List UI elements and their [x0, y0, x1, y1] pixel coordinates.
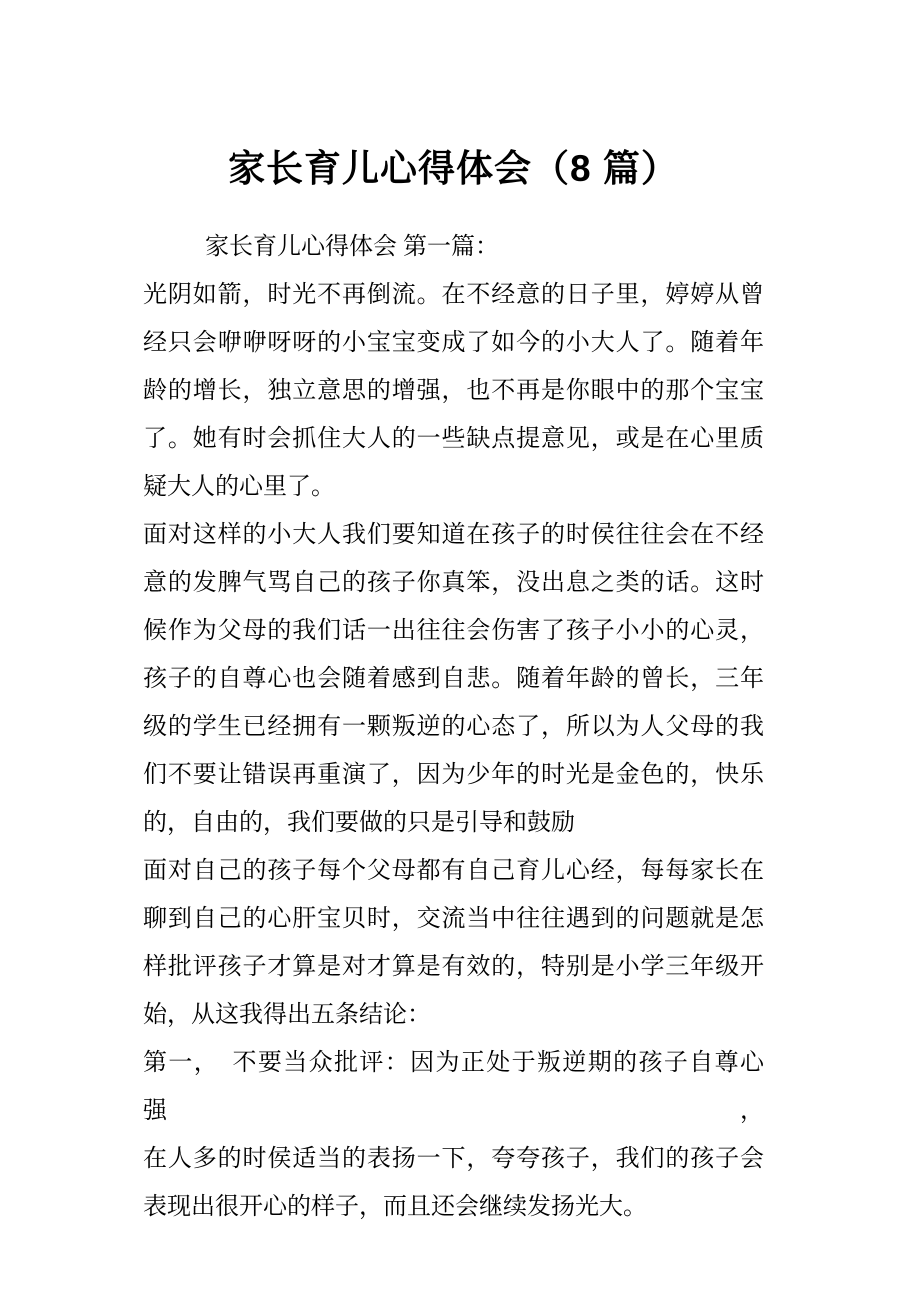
text-line: 始，从这我得出五条结论：: [143, 991, 764, 1039]
text-line: 了。她有时会抓住大人的一些缺点提意见，或是在心里质: [143, 415, 764, 463]
text-line: 第一， 不要当众批评：因为正处于叛逆期的孩子自尊心强，: [143, 1039, 764, 1135]
text-line: 面对这样的小大人我们要知道在孩子的时侯往往会在不经: [143, 511, 764, 559]
document-title: 家长育儿心得体会（8 篇）: [143, 141, 764, 197]
text-line: 们不要让错误再重演了，因为少年的时光是金色的，快乐: [143, 751, 764, 799]
text-line: 孩子的自尊心也会随着感到自悲。随着年龄的曾长，三年: [143, 655, 764, 703]
text-line: 表现出很开心的样子，而且还会继续发扬光大。: [143, 1183, 764, 1231]
text-line: 光阴如箭，时光不再倒流。在不经意的日子里，婷婷从曾: [143, 271, 764, 319]
paragraph-4: 第一， 不要当众批评：因为正处于叛逆期的孩子自尊心强， 在人多的时侯适当的表扬一…: [143, 1039, 764, 1231]
text-line: 面对自己的孩子每个父母都有自己育儿心经，每每家长在: [143, 847, 764, 895]
text-line: 龄的增长，独立意思的增强，也不再是你眼中的那个宝宝: [143, 367, 764, 415]
text-line: 意的发脾气骂自己的孩子你真笨，没出息之类的话。这时: [143, 559, 764, 607]
paragraph-1: 光阴如箭，时光不再倒流。在不经意的日子里，婷婷从曾 经只会咿咿呀呀的小宝宝变成了…: [143, 271, 764, 511]
document-content: 家长育儿心得体会（8 篇） 家长育儿心得体会 第一篇： 光阴如箭，时光不再倒流。…: [143, 141, 764, 1231]
text-line: 级的学生已经拥有一颗叛逆的心态了，所以为人父母的我: [143, 703, 764, 751]
document-page: 家长育儿心得体会（8 篇） 家长育儿心得体会 第一篇： 光阴如箭，时光不再倒流。…: [0, 0, 920, 1302]
text-line: 在人多的时侯适当的表扬一下，夸夸孩子，我们的孩子会: [143, 1135, 764, 1183]
text-line: 聊到自己的心肝宝贝时，交流当中往往遇到的问题就是怎: [143, 895, 764, 943]
text-line: 经只会咿咿呀呀的小宝宝变成了如今的小大人了。随着年: [143, 319, 764, 367]
text-line: 候作为父母的我们话一出往往会伤害了孩子小小的心灵，: [143, 607, 764, 655]
paragraph-3: 面对自己的孩子每个父母都有自己育儿心经，每每家长在 聊到自己的心肝宝贝时，交流当…: [143, 847, 764, 1039]
text-line: 的，自由的，我们要做的只是引导和鼓励: [143, 799, 764, 847]
paragraph-2: 面对这样的小大人我们要知道在孩子的时侯往往会在不经 意的发脾气骂自己的孩子你真笨…: [143, 511, 764, 847]
section-heading: 家长育儿心得体会 第一篇：: [143, 223, 764, 271]
text-line: 样批评孩子才算是对才算是有效的，特别是小学三年级开: [143, 943, 764, 991]
text-line: 疑大人的心里了。: [143, 463, 764, 511]
